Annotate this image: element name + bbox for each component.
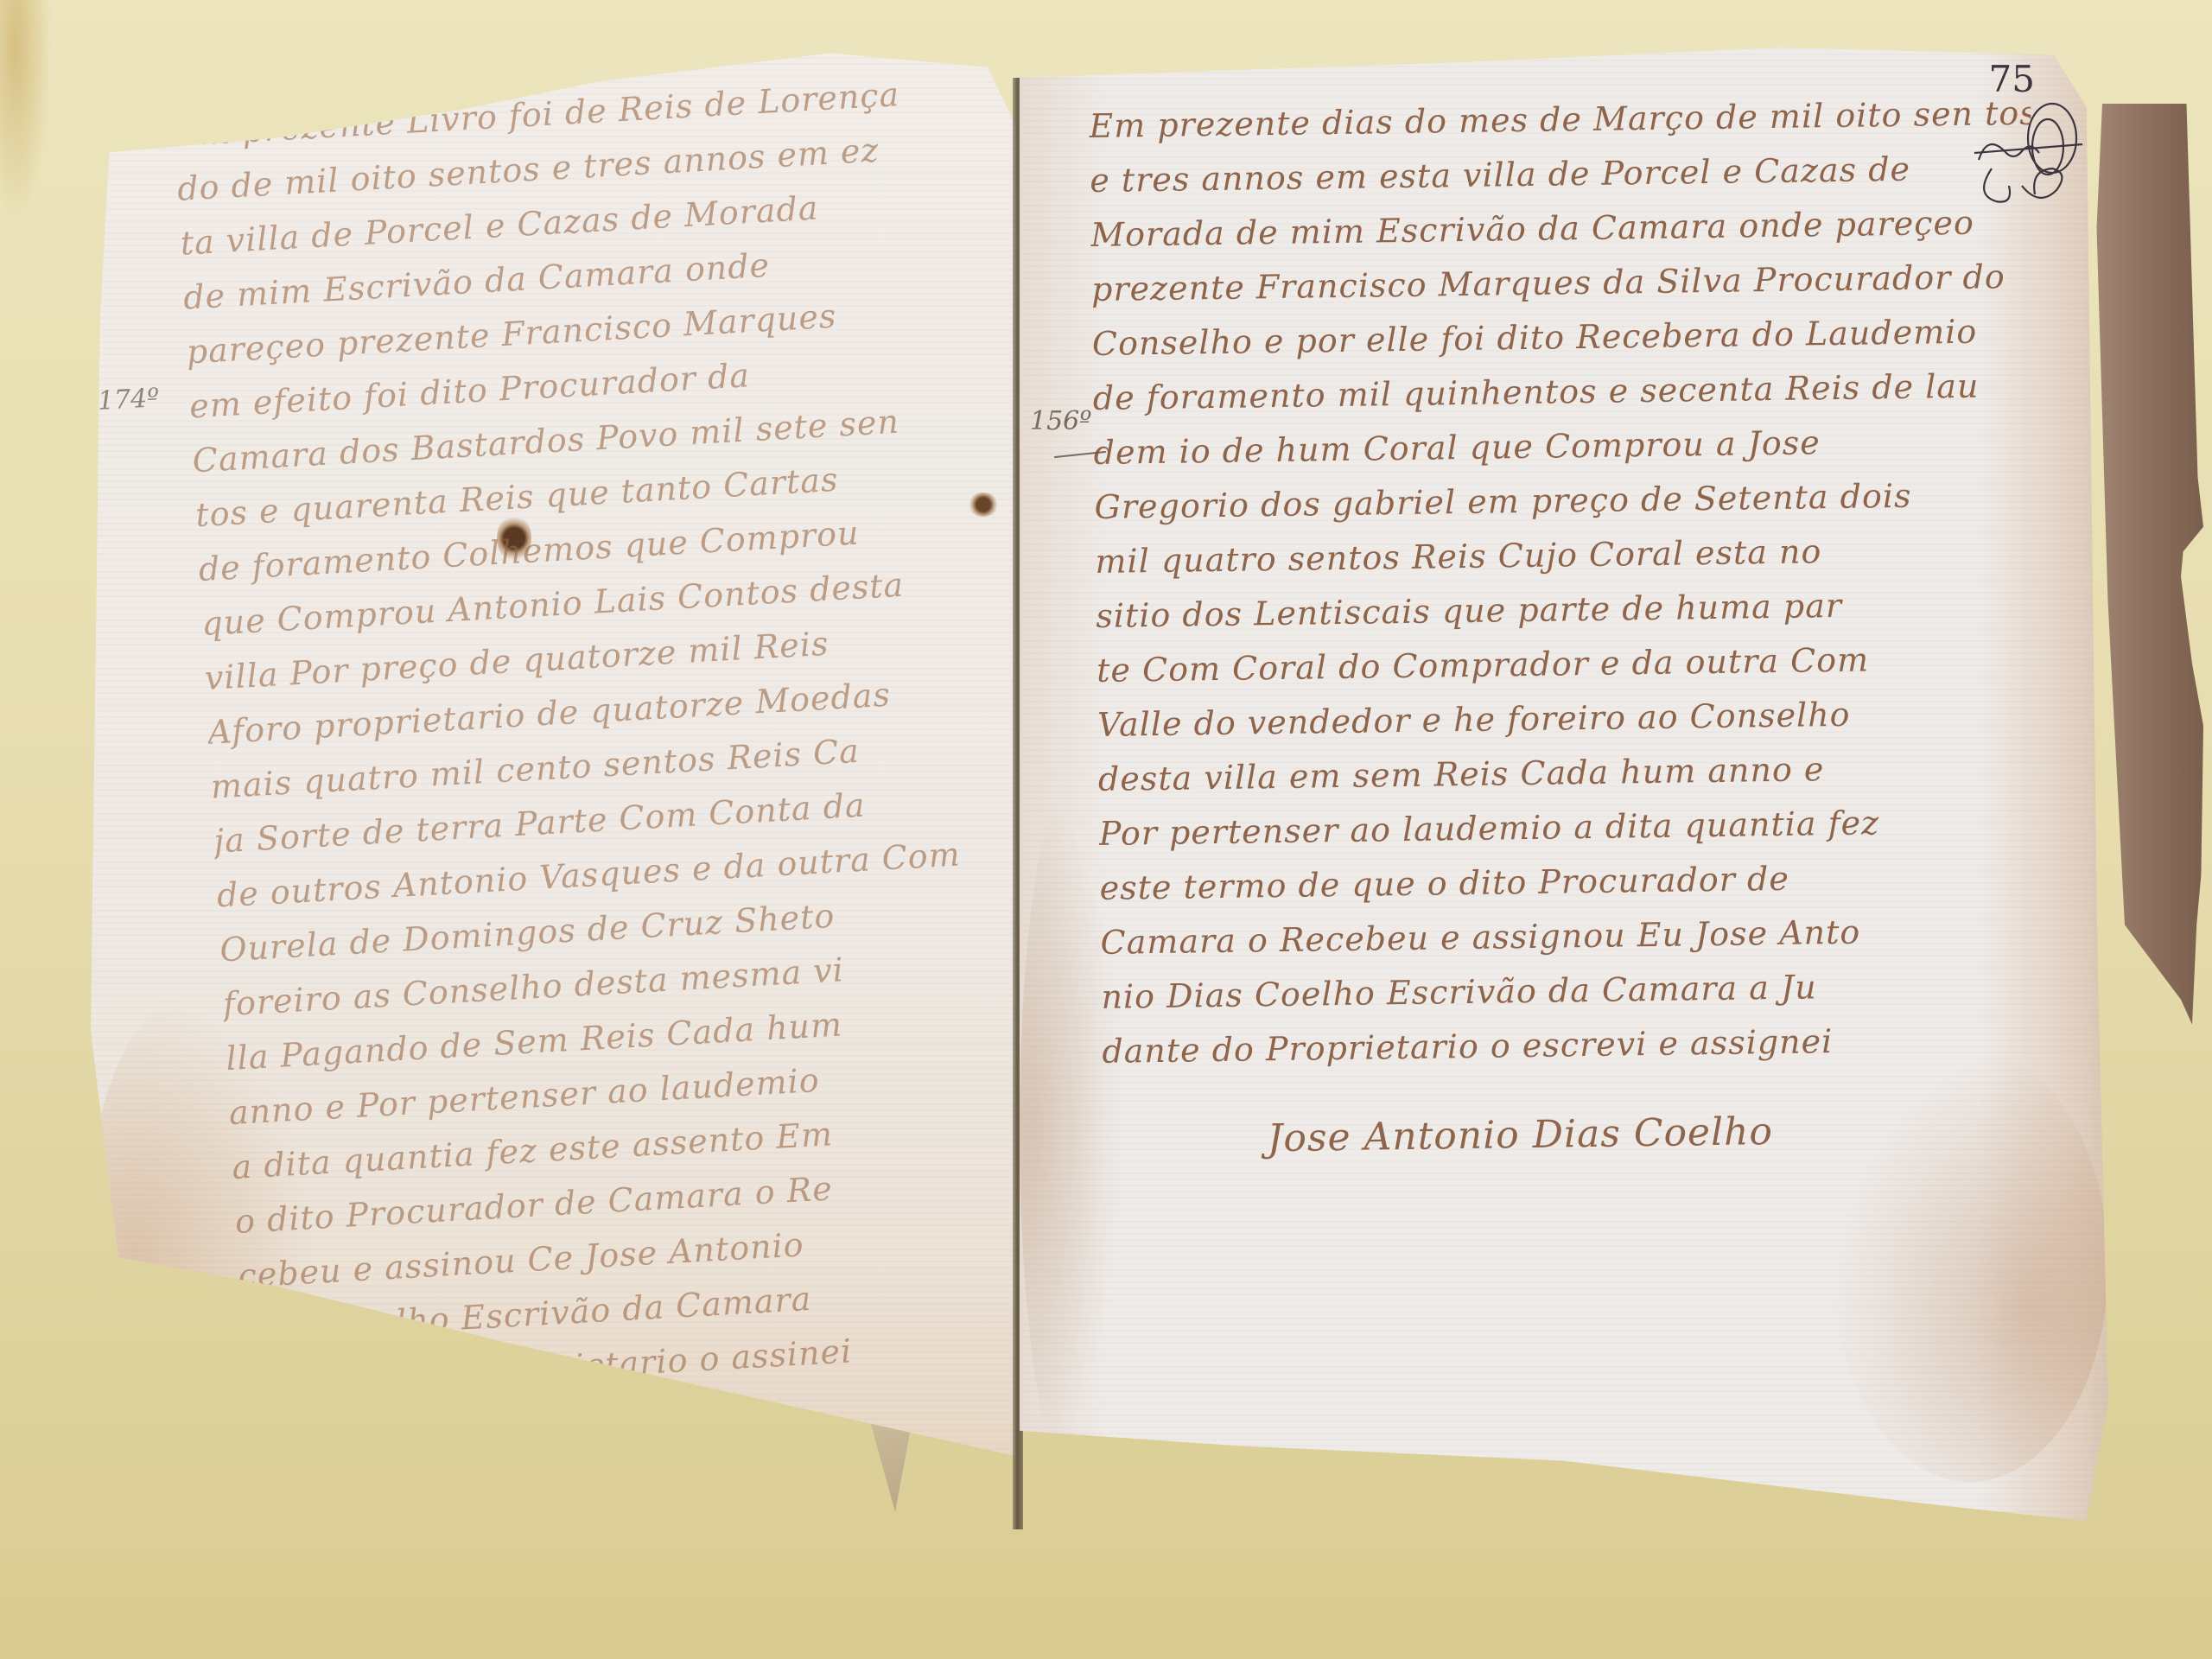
- right-signature: Jose Antonio Dias Coelho: [1103, 1101, 2045, 1168]
- right-page: 75 156º Em prezente dias do mes de Março…: [1020, 48, 2108, 1551]
- left-page: 174º Em prezente Livro foi de Reis de Lo…: [91, 39, 1015, 1456]
- open-manuscript-book: 174º Em prezente Livro foi de Reis de Lo…: [0, 0, 2212, 1659]
- right-page-text: Em prezente dias do mes de Março de mil …: [1089, 86, 2045, 1168]
- left-margin-note: 174º: [97, 383, 160, 416]
- right-margin-note: 156º: [1030, 406, 1091, 436]
- torn-binding-strip: [2091, 104, 2203, 1348]
- left-page-text: Em prezente Livro foi de Reis de Lorença…: [173, 64, 1015, 1456]
